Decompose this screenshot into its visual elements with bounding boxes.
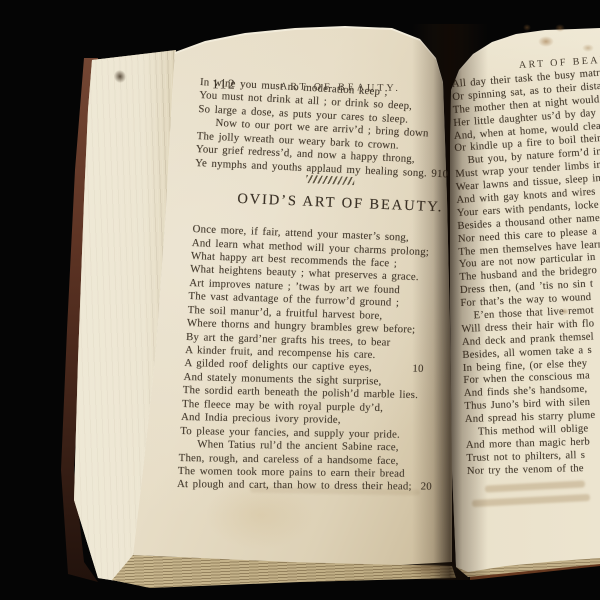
poem-line: At plough and cart, than how to dress th… — [177, 478, 435, 494]
foxing-spot — [523, 24, 531, 31]
ink-blemish — [112, 68, 128, 84]
section-title: OVID’S ART OF BEAUTY. — [193, 185, 452, 220]
foxing-spot — [538, 36, 554, 47]
foxing-spot — [555, 24, 565, 32]
left-page-text-block: In wine you must no moderation keep ;You… — [192, 76, 450, 492]
foxing-spot — [582, 44, 594, 52]
section-divider-ornament — [306, 175, 354, 185]
show-through-text — [485, 480, 585, 492]
right-page-text-block: All day their task the busy matroOr spin… — [452, 79, 600, 479]
show-through-text — [472, 494, 590, 507]
spine-tail-grime — [398, 559, 458, 576]
